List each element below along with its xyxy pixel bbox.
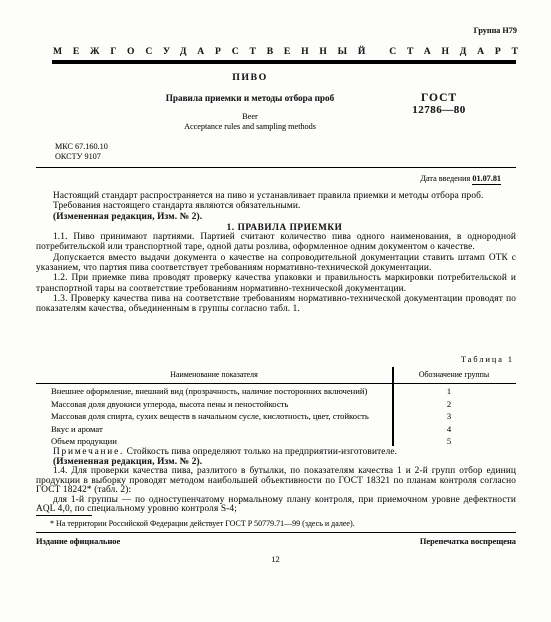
footnote-rule [36, 515, 92, 516]
table-column-divider [392, 367, 394, 446]
table-row: Массовая доля двуокиси углерода, высота … [36, 400, 516, 409]
body-text-upper: Настоящий стандарт распространяется на п… [36, 191, 516, 315]
table-row: Внешнее оформление, внешний вид (прозрач… [36, 387, 516, 396]
group-cell: 5 [382, 437, 516, 446]
clause-1-4a: для 1-й группы — по одноступенчатому нор… [36, 496, 516, 515]
indicator-cell: Массовая доля спирта, сухих веществ в на… [36, 412, 382, 421]
indicator-cell: Объем продукции [36, 437, 382, 446]
designation-prefix: ГОСТ [393, 92, 485, 104]
document-page: Группа Н79 МЕЖГОСУДАРСТВЕННЫЙ СТАНДАРТ П… [0, 0, 551, 622]
clause-1-1: 1.1. Пиво принимают партиями. Партией сч… [36, 232, 516, 253]
document-subtitle: Правила приемки и методы отбора проб [60, 93, 440, 103]
mks-code: МКС 67.160.10 [55, 142, 108, 152]
table-1: Наименование показателя Обозначение груп… [36, 367, 516, 446]
clause-1-1a: Допускается вместо выдачи документа о ка… [36, 253, 516, 274]
indicator-cell: Вкус и аромат [36, 425, 382, 434]
footnote-text: * На территории Российской Федерации дей… [36, 519, 516, 528]
table-row: Вкус и аромат 4 [36, 425, 516, 434]
body-text-lower: Примечание. Стойкость пива определяют то… [36, 448, 516, 515]
footer-rule [36, 532, 516, 533]
column-header-group: Обозначение группы [392, 370, 516, 379]
clause-1-3: 1.3. Проверку качества пива на соответст… [36, 294, 516, 315]
section-1-heading: 1. ПРАВИЛА ПРИЕМКИ [36, 222, 516, 232]
codes-rule [36, 167, 516, 168]
table-1-caption: Таблица 1 [36, 355, 514, 364]
group-cell: 1 [382, 387, 516, 396]
standard-type-heading: МЕЖГОСУДАРСТВЕННЫЙ СТАНДАРТ [53, 46, 523, 57]
table-1-block: Таблица 1 Наименование показателя Обозна… [36, 355, 516, 449]
edition-label: Издание официальное [36, 537, 120, 546]
intro-paragraph: Требования настоящего стандарта являются… [36, 201, 516, 211]
group-cell: 3 [382, 412, 516, 421]
title-block: ПИВО Правила приемки и методы отбора про… [60, 72, 440, 131]
effective-date-line: Дата введения 01.07.81 [420, 174, 501, 183]
group-cell: 4 [382, 425, 516, 434]
amendment-note: (Измененная редакция, Изм. № 2). [36, 212, 516, 222]
indicator-cell: Внешнее оформление, внешний вид (прозрач… [36, 387, 382, 396]
group-cell: 2 [382, 400, 516, 409]
page-number: 12 [0, 555, 551, 564]
note-text: Стойкость пива определяют только на пред… [127, 447, 398, 457]
table-header-row: Наименование показателя Обозначение груп… [36, 367, 516, 384]
effective-date-value: 01.07.81 [472, 174, 501, 185]
column-header-indicator: Наименование показателя [36, 370, 392, 379]
clause-1-2: 1.2. При приемке пива проводят проверку … [36, 273, 516, 294]
designation-number: 12786—80 [393, 104, 485, 116]
okstu-code: ОКСТУ 9107 [55, 152, 108, 162]
intro-paragraph: Настоящий стандарт распространяется на п… [36, 191, 516, 201]
standard-designation: ГОСТ 12786—80 [393, 92, 485, 116]
footnote-block: * На территории Российской Федерации дей… [36, 515, 516, 528]
table-row: Массовая доля спирта, сухих веществ в на… [36, 412, 516, 421]
reprint-label: Перепечатка воспрещена [420, 537, 516, 546]
document-title-en: Beer [60, 112, 440, 121]
document-subtitle-en: Acceptance rules and sampling methods [60, 122, 440, 131]
header-rule [52, 60, 516, 64]
document-title: ПИВО [60, 72, 440, 83]
group-label: Группа Н79 [474, 26, 517, 35]
clause-1-4: 1.4. Для проверки качества пива, разлито… [36, 467, 516, 496]
table-row: Объем продукции 5 [36, 437, 516, 446]
indicator-cell: Массовая доля двуокиси углерода, высота … [36, 400, 382, 409]
note-label: Примечание. [53, 447, 124, 457]
footer-line: Издание официальное Перепечатка воспреще… [36, 537, 516, 546]
effective-date-label: Дата введения [420, 174, 470, 183]
classification-codes: МКС 67.160.10 ОКСТУ 9107 [55, 142, 108, 162]
